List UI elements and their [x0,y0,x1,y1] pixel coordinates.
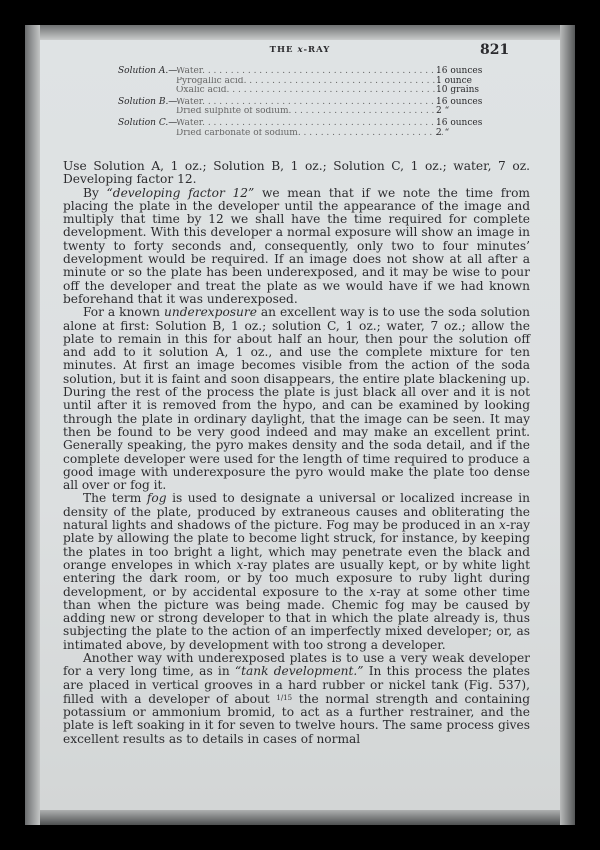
frame-bevel-top [25,25,575,40]
paragraph: Use Solution A, 1 oz.; Solution B, 1 oz.… [63,160,530,187]
fraction: 1/15 [276,694,292,702]
leader-dots: Dried sulphite of sodium. . . . . . . . … [176,107,443,117]
solution-row: Water. . . . . . . . . . . . . . . . . .… [118,98,518,108]
ingredient-quantity: 2 “ [436,107,449,117]
frame-bevel-right [560,25,575,825]
leader-dots: Water. . . . . . . . . . . . . . . . . .… [176,119,443,129]
page-number: 821 [480,42,509,58]
running-head-text: THE x-RAY [270,45,331,55]
solution-row: Oxalic acid. . . . . . . . . . . . . . .… [118,86,518,96]
frame-bevel-left [25,25,40,825]
leader-dots: Water. . . . . . . . . . . . . . . . . .… [176,67,443,77]
paragraph: For a known underexposure an excellent w… [63,306,530,492]
ingredient-quantity: 2 “ [436,129,449,139]
solution-row: Dried sulphite of sodium. . . . . . . . … [118,107,518,117]
body-text: Use Solution A, 1 oz.; Solution B, 1 oz.… [63,160,530,746]
frame-bevel-bottom [25,810,575,825]
paragraph: The term fog is used to designate a univ… [63,492,530,652]
leader-dots: Pyrogallic acid. . . . . . . . . . . . .… [176,77,443,87]
solutions-table: Water. . . . . . . . . . . . . . . . . .… [118,67,518,138]
paragraph: Another way with underexposed plates is … [63,652,530,746]
leader-dots: Oxalic acid. . . . . . . . . . . . . . .… [176,86,443,96]
ingredient-quantity: 10 grains [436,86,479,96]
solution-label: Solution C.— [118,119,177,129]
leader-dots: Water. . . . . . . . . . . . . . . . . .… [176,98,443,108]
solution-label: Solution B.— [118,98,177,108]
solution-row: Dried carbonate of sodium. . . . . . . .… [118,129,518,139]
solution-row: Water. . . . . . . . . . . . . . . . . .… [118,119,518,129]
paragraph: By “developing factor 12” we mean that i… [63,187,530,307]
book-page: THE x-RAY 821 Water. . . . . . . . . . .… [40,40,560,810]
leader-dots: Dried carbonate of sodium. . . . . . . .… [176,129,443,139]
solution-label: Solution A.— [118,67,177,77]
